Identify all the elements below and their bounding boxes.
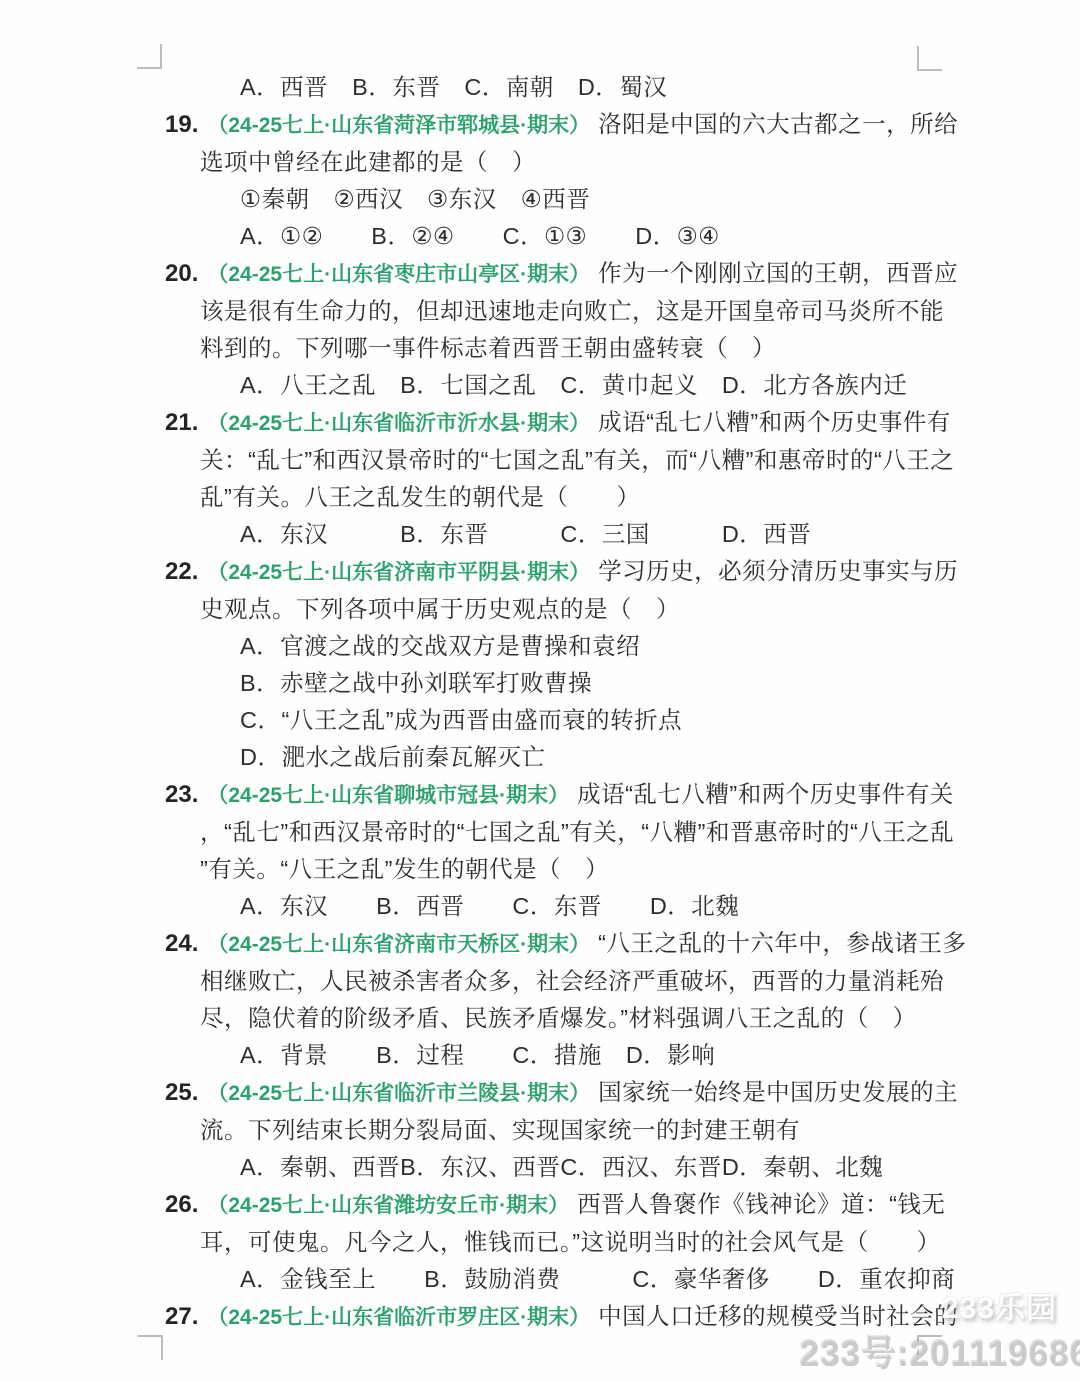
question-source-tag: （24-25七上·山东省潍坊安丘市·期末）	[207, 1194, 569, 1217]
question-first-line: 25.（24-25七上·山东省临沂市兰陵县·期末）国家统一始终是中国历史发展的主	[165, 1074, 940, 1112]
question-number: 24.	[165, 930, 198, 957]
question-first-line: 24.（24-25七上·山东省济南市天桥区·期末）“八王之乱的十六年中，参战诸王…	[165, 925, 940, 963]
question-source-tag: （24-25七上·山东省临沂市兰陵县·期末）	[207, 1082, 590, 1105]
question-number: 23.	[165, 781, 198, 808]
question-continuation-line: 相继败亡，人民被杀害者众多，社会经济严重破坏，西晋的力量消耗殆	[200, 963, 940, 1000]
question-text: 作为一个刚刚立国的王朝，西晋应	[598, 260, 958, 286]
crop-mark-top-left-icon	[137, 44, 162, 69]
question-first-line: 20.（24-25七上·山东省枣庄市山亭区·期末）作为一个刚刚立国的王朝，西晋应	[165, 255, 940, 293]
previous-question-options-row: A．西晋 B．东晋 C．南朝 D．蜀汉	[240, 69, 940, 106]
question-block: 25.（24-25七上·山东省临沂市兰陵县·期末）国家统一始终是中国历史发展的主…	[165, 1074, 940, 1186]
question-options-line: A．东汉 B．东晋 C．三国 D．西晋	[240, 516, 940, 553]
question-list: A．西晋 B．东晋 C．南朝 D．蜀汉 19.（24-25七上·山东省菏泽市郓城…	[165, 69, 940, 1336]
questions-container: 19.（24-25七上·山东省菏泽市郓城县·期末）洛阳是中国的六大古都之一，所给…	[165, 106, 940, 1336]
question-options-line: A．①② B．②④ C．①③ D．③④	[240, 218, 940, 255]
question-block: 23.（24-25七上·山东省聊城市冠县·期末）成语“乱七八糟”和两个历史事件有…	[165, 776, 940, 925]
question-text: 洛阳是中国的六大古都之一，所给	[598, 111, 958, 137]
question-continuation-line: ”有关。“八王之乱”发生的朝代是（ ）	[200, 851, 940, 888]
question-number: 25.	[165, 1079, 198, 1106]
question-block: 20.（24-25七上·山东省枣庄市山亭区·期末）作为一个刚刚立国的王朝，西晋应…	[165, 255, 940, 404]
question-source-tag: （24-25七上·山东省枣庄市山亭区·期末）	[207, 263, 590, 286]
question-options-line: A．背景 B．过程 C．措施 D．影响	[240, 1037, 940, 1074]
question-block: 26.（24-25七上·山东省潍坊安丘市·期末）西晋人鲁褒作《钱神论》道：“钱无…	[165, 1186, 940, 1298]
question-source-tag: （24-25七上·山东省菏泽市郓城县·期末）	[207, 114, 590, 137]
question-text: 成语“乱七八糟”和两个历史事件有关	[577, 781, 954, 807]
question-block: 19.（24-25七上·山东省菏泽市郓城县·期末）洛阳是中国的六大古都之一，所给…	[165, 106, 940, 255]
question-continuation-line: 流。下列结束长期分裂局面、实现国家统一的封建王朝有	[200, 1112, 940, 1149]
question-text: 中国人口迁移的规模受当时社会的	[598, 1303, 958, 1329]
question-continuation-line: 耳，可使鬼。凡今之人，惟钱而已。”这说明当时的社会风气是（ ）	[200, 1224, 940, 1261]
question-source-tag: （24-25七上·山东省济南市平阴县·期末）	[207, 561, 590, 584]
question-source-tag: （24-25七上·山东省临沂市罗庄区·期末）	[207, 1306, 590, 1329]
question-text: 国家统一始终是中国历史发展的主	[598, 1079, 958, 1105]
question-first-line: 26.（24-25七上·山东省潍坊安丘市·期末）西晋人鲁褒作《钱神论》道：“钱无	[165, 1186, 940, 1224]
crop-mark-bottom-left-icon	[138, 1335, 163, 1360]
question-source-tag: （24-25七上·山东省临沂市沂水县·期末）	[207, 412, 590, 435]
question-source-tag: （24-25七上·山东省聊城市冠县·期末）	[207, 784, 569, 807]
question-number: 20.	[165, 260, 198, 287]
question-first-line: 22.（24-25七上·山东省济南市平阴县·期末）学习历史，必须分清历史事实与历	[165, 553, 940, 591]
watermark-logo: 233乐园	[942, 1283, 1057, 1327]
question-continuation-line: 史观点。下列各项中属于历史观点的是（ ）	[200, 591, 940, 628]
question-block: 22.（24-25七上·山东省济南市平阴县·期末）学习历史，必须分清历史事实与历…	[165, 553, 940, 776]
question-block: 24.（24-25七上·山东省济南市天桥区·期末）“八王之乱的十六年中，参战诸王…	[165, 925, 940, 1074]
question-options-line: B．赤壁之战中孙刘联军打败曹操	[240, 665, 940, 702]
question-continuation-line: 选项中曾经在此建都的是（ ）	[200, 144, 940, 181]
question-number: 21.	[165, 409, 198, 436]
question-text: 成语“乱七八糟”和两个历史事件有	[598, 409, 951, 435]
question-text: 西晋人鲁褒作《钱神论》道：“钱无	[577, 1191, 945, 1217]
question-options-line: A．官渡之战的交战双方是曹操和袁绍	[240, 628, 940, 665]
question-number: 27.	[165, 1303, 198, 1330]
question-first-line: 19.（24-25七上·山东省菏泽市郓城县·期末）洛阳是中国的六大古都之一，所给	[165, 106, 940, 144]
question-block: 21.（24-25七上·山东省临沂市沂水县·期末）成语“乱七八糟”和两个历史事件…	[165, 404, 940, 553]
question-first-line: 23.（24-25七上·山东省聊城市冠县·期末）成语“乱七八糟”和两个历史事件有…	[165, 776, 940, 814]
question-first-line: 21.（24-25七上·山东省临沂市沂水县·期末）成语“乱七八糟”和两个历史事件…	[165, 404, 940, 442]
question-options-line: ①秦朝 ②西汉 ③东汉 ④西晋	[240, 181, 940, 218]
question-options-line: C．“八王之乱”成为西晋由盛而衰的转折点	[240, 702, 940, 739]
question-continuation-line: 尽，隐伏着的阶级矛盾、民族矛盾爆发。”材料强调八王之乱的（ ）	[200, 1000, 940, 1037]
question-continuation-line: 关：“乱七”和西汉景帝时的“七国之乱”有关，而“八糟”和惠帝时的“八王之	[200, 442, 940, 479]
question-continuation-line: 该是很有生命力的，但却迅速地走向败亡，这是开国皇帝司马炎所不能	[200, 293, 940, 330]
watermark-id-number: 233号:201119686	[800, 1327, 1080, 1377]
crop-mark-top-right-icon	[917, 46, 942, 71]
question-options-line: D．淝水之战后前秦瓦解灭亡	[240, 739, 940, 776]
question-continuation-line: 乱”有关。八王之乱发生的朝代是（ ）	[200, 479, 940, 516]
question-source-tag: （24-25七上·山东省济南市天桥区·期末）	[207, 933, 590, 956]
question-options-line: A．八王之乱 B．七国之乱 C．黄巾起义 D．北方各族内迁	[240, 367, 940, 404]
question-options-line: A．秦朝、西晋B．东汉、西晋C．西汉、东晋D．秦朝、北魏	[240, 1149, 940, 1186]
question-text: 学习历史，必须分清历史事实与历	[598, 558, 958, 584]
question-options-line: A．东汉 B．西晋 C．东晋 D．北魏	[240, 888, 940, 925]
question-number: 19.	[165, 111, 198, 138]
question-options-line: A．金钱至上 B．鼓励消费 C．豪华奢侈 D．重农抑商	[240, 1261, 940, 1298]
question-number: 22.	[165, 558, 198, 585]
question-text: “八王之乱的十六年中，参战诸王多	[598, 930, 966, 956]
question-number: 26.	[165, 1191, 198, 1218]
question-continuation-line: ，“乱七”和西汉景帝时的“七国之乱”有关，“八糟”和晋惠帝时的“八王之乱	[200, 814, 940, 851]
question-continuation-line: 料到的。下列哪一事件标志着西晋王朝由盛转衰（ ）	[200, 330, 940, 367]
